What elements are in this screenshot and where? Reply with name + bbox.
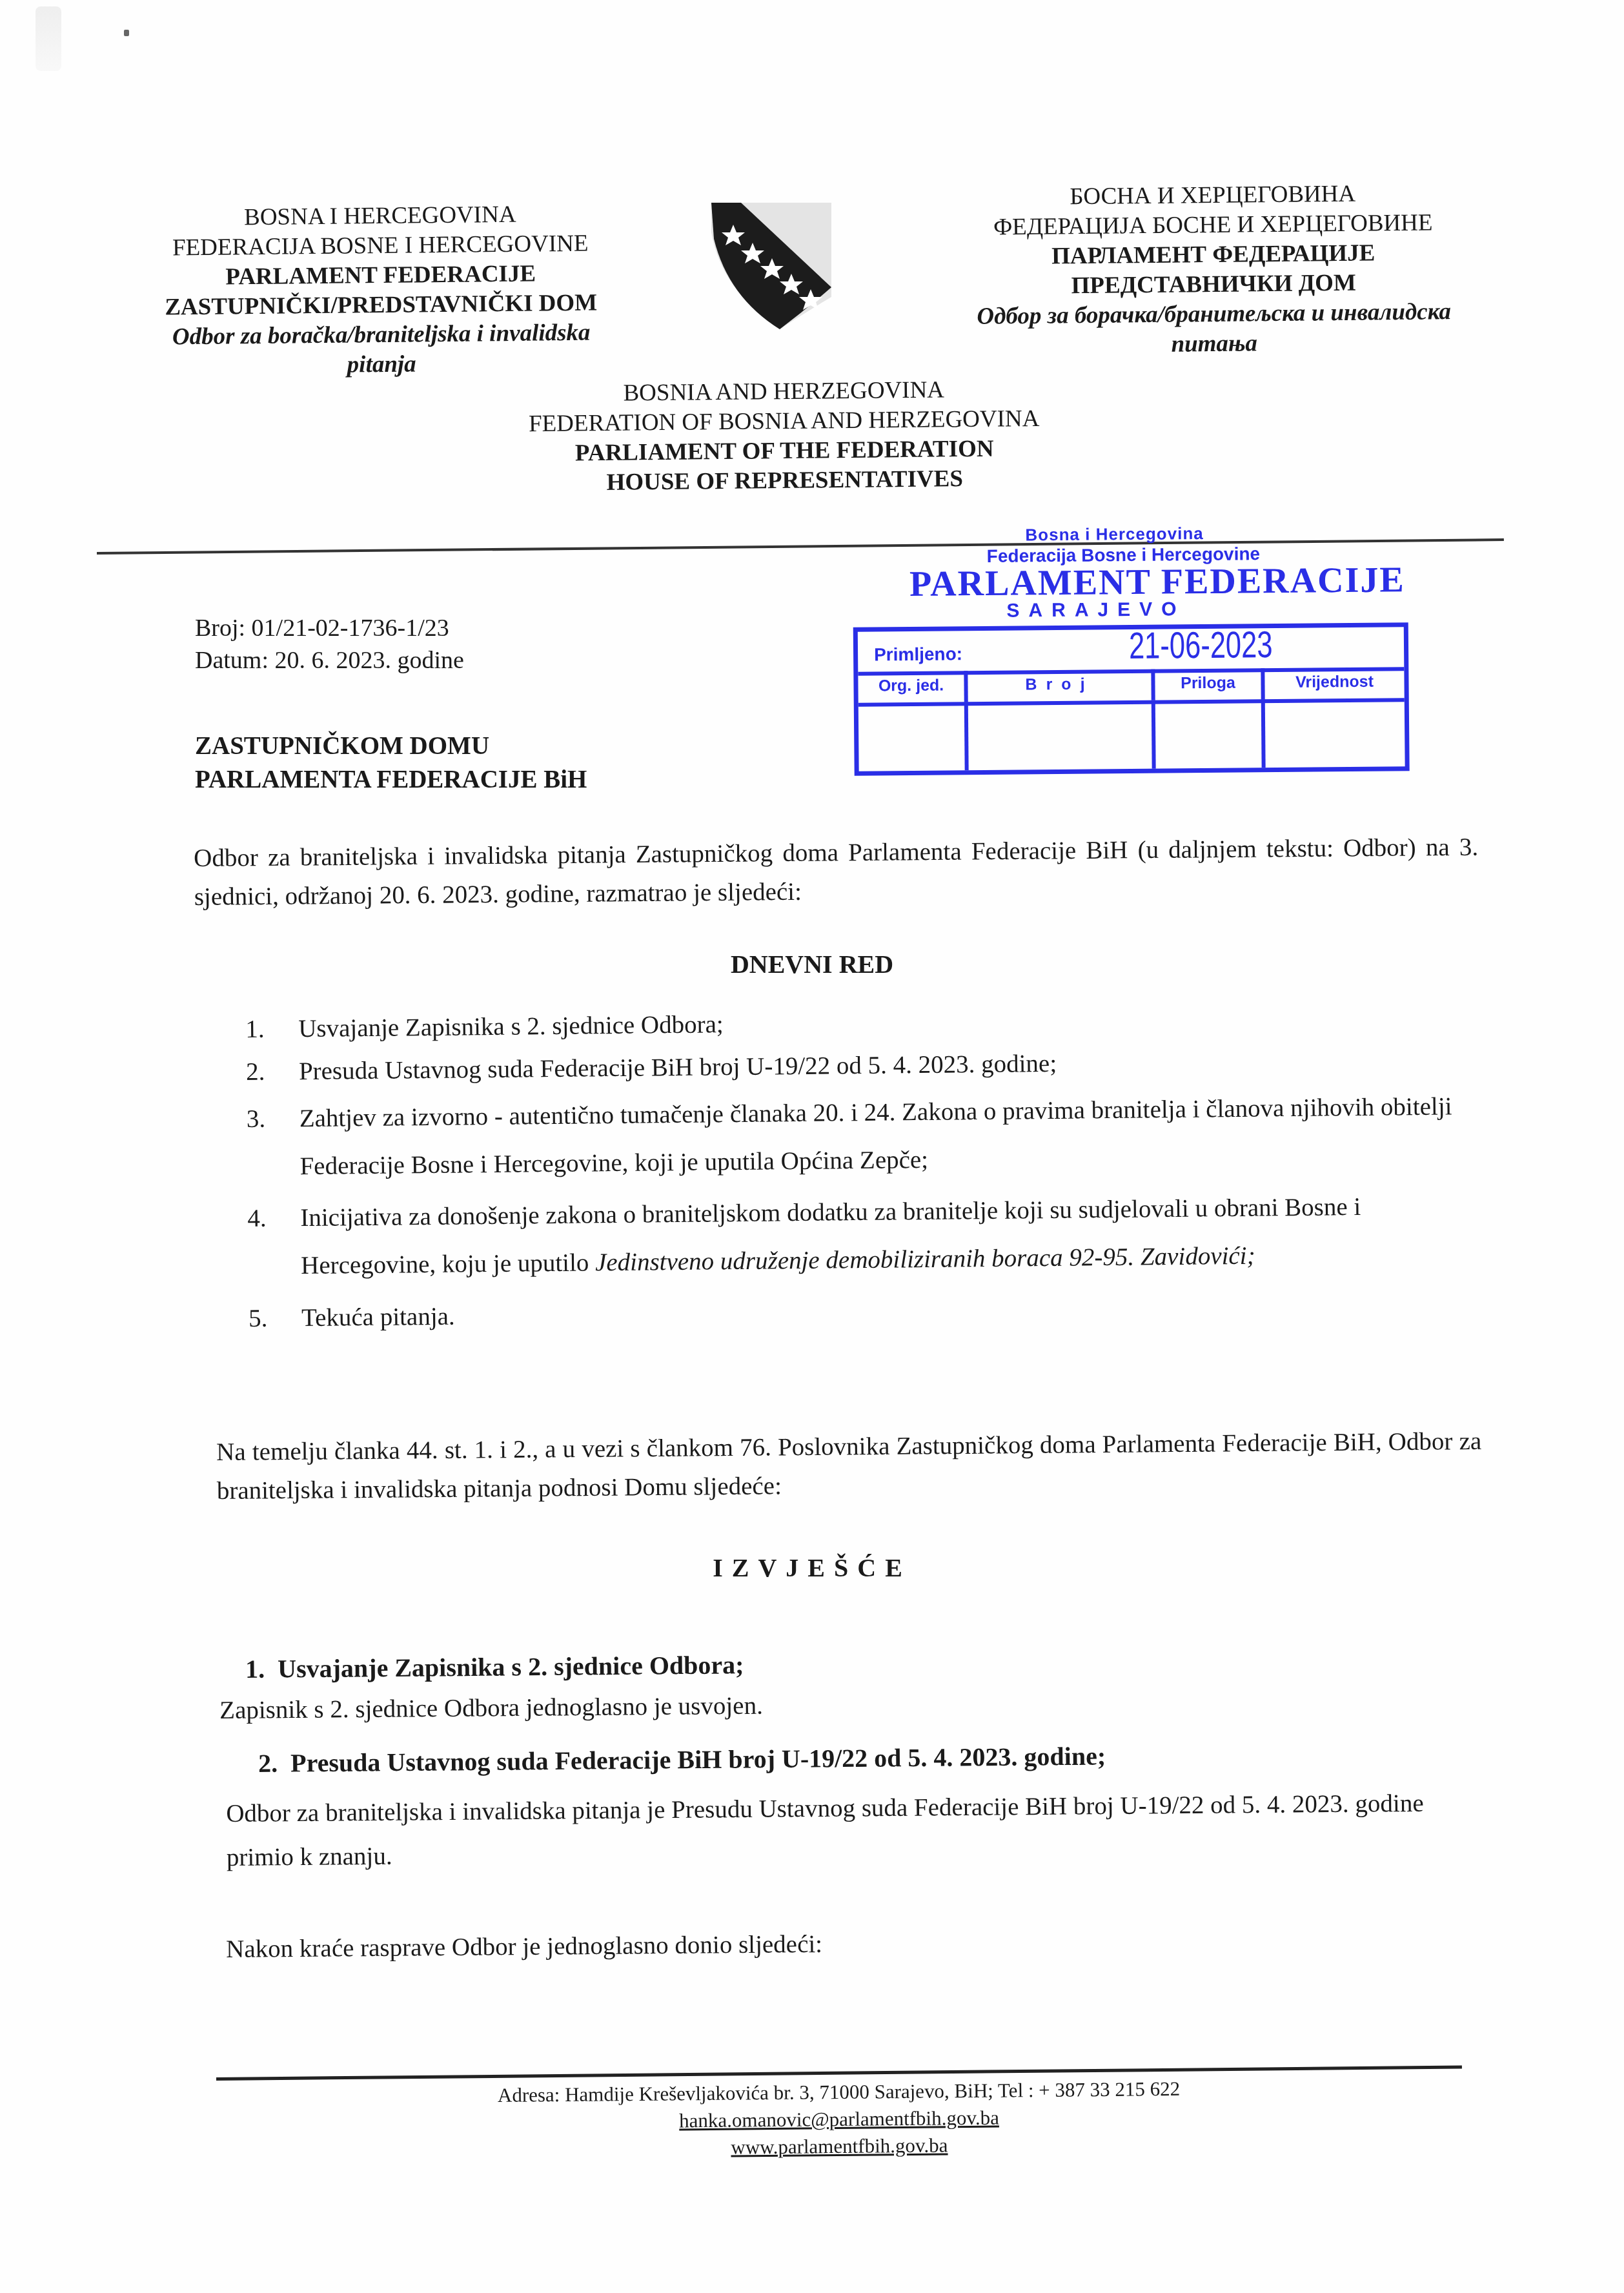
header-federation-cyr: ФЕДЕРАЦИЈА БОСНЕ И ХЕРЦЕГОВИНЕ [922,207,1503,243]
received-stamp: Bosna i Hercegovina Federacija Bosne i H… [844,514,1414,777]
agenda-item: 3.Zahtjev za izvorno - autentično tumače… [246,1083,1460,1191]
agenda-list: 1.Usvajanje Zapisnika s 2. sjednice Odbo… [245,997,1462,1342]
recipient-line1: ZASTUPNIČKOM DOMU [195,729,587,763]
document-date: Datum: 20. 6. 2023. godine [195,644,464,677]
stamp-empty-row [858,698,1405,771]
header-right-cyrillic: БОСНА И ХЕРЦЕГОВИНА ФЕДЕРАЦИЈА БОСНЕ И Х… [922,178,1505,362]
scan-artifact-dot [124,30,129,36]
header-federation: FEDERACIJA BOSNE I HERCEGOVINE [122,229,638,263]
footer-website-link[interactable]: www.parlamentfbih.gov.ba [731,2134,948,2158]
header-committee-cont-cyr: питања [924,326,1505,362]
report-section-1-title: 1. Usvajanje Zapisnika s 2. sjednice Odb… [245,1649,744,1684]
recipient-line2: PARLAMENTA FEDERACIJE BiH [195,763,587,797]
decision-intro: Nakon kraće rasprave Odbor je jednoglasn… [226,1925,822,1969]
report-section-2-title: 2. Presuda Ustavnog suda Federacije BiH … [258,1741,1106,1778]
legal-basis-paragraph: Na temelju članka 44. st. 1. i 2., a u v… [216,1422,1482,1511]
stamp-city: SARAJEVO [1006,598,1185,622]
header-committee-cont: pitanja [123,347,640,382]
header-house: ZASTUPNIČKI/PREDSTAVNIČKI DOM [123,288,639,323]
recipient: ZASTUPNIČKOM DOMU PARLAMENTA FEDERACIJE … [195,729,587,797]
header-country: BOSNA I HERCEGOVINA [122,199,638,234]
header-committee-cyr: Одбор за борачка/бранитељска и инвалидск… [924,296,1505,332]
stamp-table: Primljeno: 21-06-2023 Org. jed. Broj Pri… [853,622,1410,775]
report-title: IZVJEŠĆE [0,1553,1624,1583]
stamp-cell [1155,699,1266,768]
stamp-col-number: Broj [968,669,1155,702]
footer-email-link[interactable]: hanka.omanovic@parlamentfbih.gov.ba [679,2106,999,2132]
stamp-country: Bosna i Hercegovina [1025,524,1203,545]
agenda-title: DNEVNI RED [0,949,1624,979]
agenda-item-initiator: Jedinstveno udruženje demobiliziranih bo… [595,1242,1255,1277]
scan-artifact [36,6,61,71]
header-left-bosnian: BOSNA I HERCEGOVINA FEDERACIJA BOSNE I H… [122,199,640,382]
stamp-col-attachments: Priloga [1155,668,1264,700]
intro-paragraph: Odbor za braniteljska i invalidska pitan… [194,828,1479,917]
agenda-item: 5.Tekuća pitanja. [249,1287,1463,1338]
stamp-received-label: Primljeno: [874,644,962,665]
stamp-cell [1265,698,1405,768]
agenda-item: 2.Presuda Ustavnog suda Federacije BiH b… [246,1040,1460,1092]
stamp-col-value: Vrijednost [1264,667,1404,699]
header-committee: Odbor za boračka/braniteljska i invalids… [123,318,640,352]
header-parliament: PARLAMENT FEDERACIJE [123,258,639,293]
coat-of-arms-icon [702,194,831,336]
stamp-cell [968,700,1156,771]
agenda-item: 1.Usvajanje Zapisnika s 2. sjednice Odbo… [245,997,1459,1049]
stamp-received-date: 21-06-2023 [1129,623,1273,668]
header-center-english: BOSNIA AND HERZEGOVINA FEDERATION OF BOS… [477,374,1091,499]
report-section-1-body: Zapisnik s 2. sjednice Odbora jednoglasn… [219,1687,763,1730]
agenda-item: 4.Inicijativa za donošenje zakona o bran… [247,1182,1461,1290]
header-house-en: HOUSE OF REPRESENTATIVES [478,463,1091,499]
document-number: Broj: 01/21-02-1736-1/23 [195,612,464,644]
document-meta: Broj: 01/21-02-1736-1/23 Datum: 20. 6. 2… [195,612,464,677]
stamp-parliament: PARLAMENT FEDERACIJE [909,559,1405,605]
stamp-col-org: Org. jed. [858,671,968,702]
footer: Adresa: Hamdije Kreševljakovića br. 3, 7… [361,2074,1317,2165]
stamp-cell [858,702,969,771]
report-section-2-body: Odbor za braniteljska i invalidska pitan… [226,1782,1434,1880]
